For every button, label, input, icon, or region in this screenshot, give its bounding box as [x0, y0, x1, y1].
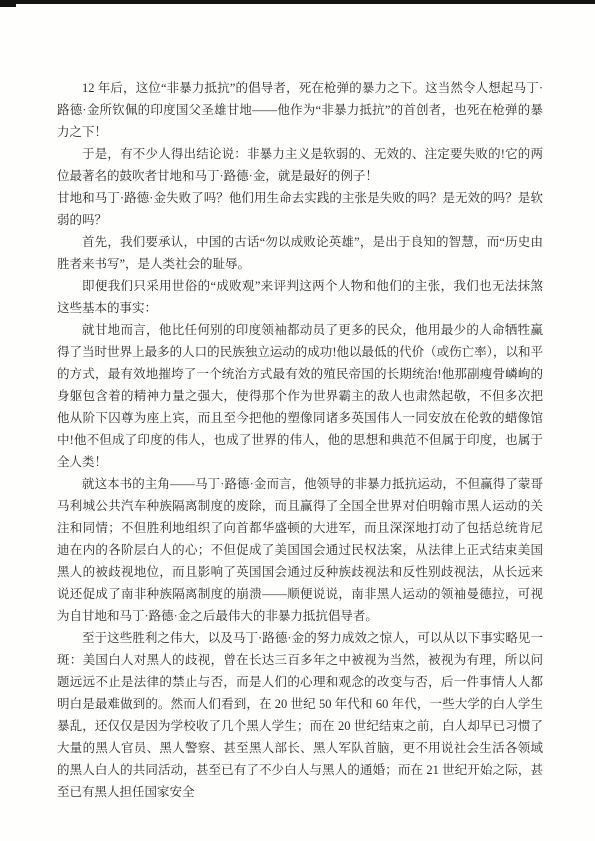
paragraph: 就这本书的主角——马丁·路德·金而言，他领导的非暴力抵抗运动，不但赢得了蒙哥马利… [57, 473, 543, 627]
paragraph: 12 年后，这位“非暴力抵抗”的倡导者，死在枪弹的暴力之下。这当然令人想起马丁·… [57, 77, 543, 143]
paragraph: 至于这些胜利之伟大，以及马丁·路德·金的努力成效之惊人，可以从以下事实略见一斑：… [57, 627, 543, 803]
scan-edge-artifact-notch [0, 0, 16, 7]
paragraph: 于是，有不少人得出结论说：非暴力主义是软弱的、无效的、注定要失败的!它的两位最著… [57, 143, 543, 187]
paragraph: 甘地和马丁·路德·金失败了吗？他们用生命去实践的主张是失败的吗？是无效的吗？是软… [57, 187, 543, 231]
paragraph: 就甘地而言，他比任何别的印度领袖都动员了更多的民众，他用最少的人命牺牲赢得了当时… [57, 319, 543, 473]
page-text: 12 年后，这位“非暴力抵抗”的倡导者，死在枪弹的暴力之下。这当然令人想起马丁·… [57, 77, 543, 803]
document-page: 12 年后，这位“非暴力抵抗”的倡导者，死在枪弹的暴力之下。这当然令人想起马丁·… [0, 0, 595, 841]
paragraph: 即便我们只采用世俗的“成败观”来评判这两个人物和他们的主张，我们也无法抹煞这些基… [57, 275, 543, 319]
scan-edge-artifact [0, 0, 595, 4]
paragraph: 首先，我们要承认，中国的古话“勿以成败论英雄”，是出于良知的智慧，而“历史由胜者… [57, 231, 543, 275]
